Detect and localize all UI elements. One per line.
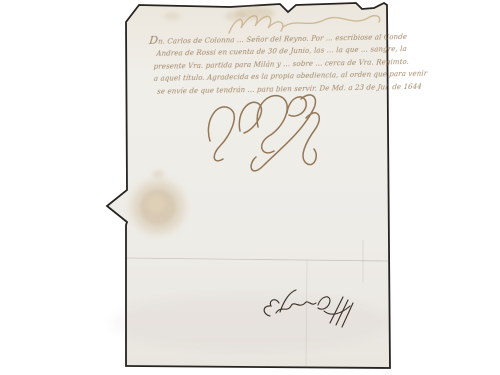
photo-backdrop: Dn. Carlos de Colonna … Señor del Reyno.… [0,0,500,375]
manuscript-photo [0,0,500,375]
seal-impression [131,180,185,234]
